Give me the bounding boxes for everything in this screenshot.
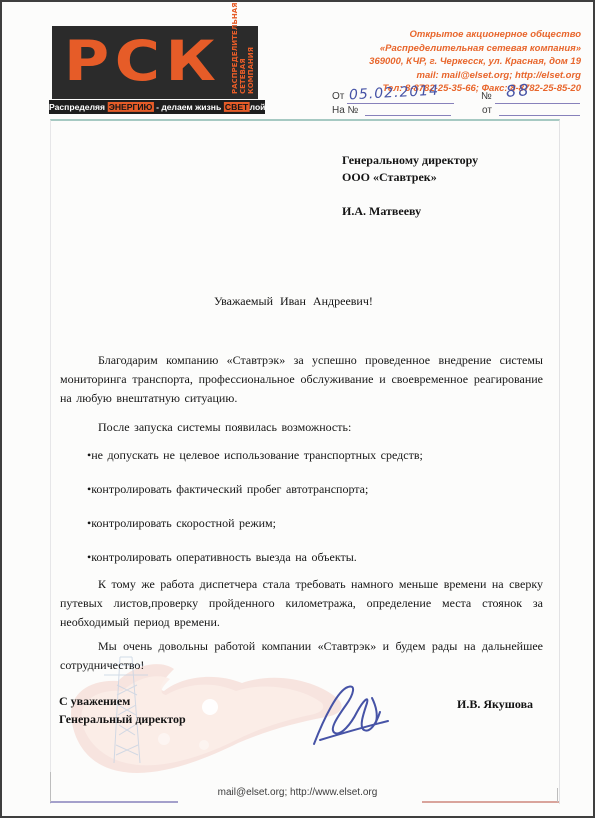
closing-regards: С уважением [59,692,186,710]
body-paragraph: После запуска системы появилась возможно… [60,418,543,437]
letter-body: Благодарим компанию «Ставтрэк» за успешн… [60,351,543,675]
slogan-text: Распределяя [49,102,107,112]
company-info-line: 369000, КЧР, г. Черкесск, ул. Красная, д… [369,55,581,69]
reply-number-underline [365,114,451,116]
body-paragraph: Благодарим компанию «Ставтрэк» за успешн… [60,351,543,408]
number-value-handwritten: 88 [505,80,531,101]
recipient-name: И.А. Матвееву [342,203,478,220]
company-logo: РСК РАСПРЕДЕЛИТЕЛЬНАЯ СЕТЕВАЯ КОМПАНИЯ [52,26,258,99]
logo-vertical-text: РАСПРЕДЕЛИТЕЛЬНАЯ СЕТЕВАЯ КОМПАНИЯ [231,31,255,94]
recipient-title: Генеральному директору [342,152,478,169]
slogan-text: - делаем жизнь [154,102,224,112]
body-paragraph: Мы очень довольны работой компании «Став… [60,637,543,675]
handwritten-signature [302,678,397,758]
bullet-item: •не допускать не целевое использование т… [87,446,543,465]
bullet-item: •контролировать скоростной режим; [87,514,543,533]
from-date-handwritten: 05.02.2014 [349,83,440,104]
logo-vertical-line: СЕТЕВАЯ [239,31,247,94]
company-info-line: Открытое акционерное общество [369,28,581,42]
scanned-letter-page: РСК РАСПРЕДЕЛИТЕЛЬНАЯ СЕТЕВАЯ КОМПАНИЯ Р… [0,0,595,818]
reply-date-underline [499,114,580,116]
bullet-item: •контролировать оперативность выезда на … [87,548,543,567]
company-info-line: mail: mail@elset.org; http://elset.org [369,69,581,83]
footer-email-line: mail@elset.org; http://www.elset.org [2,787,593,798]
from-label: От [332,91,344,102]
salutation: Уважаемый Иван Андреевич! [214,294,373,309]
number-underline [495,102,580,104]
slogan-text: лой ! [250,102,265,112]
logo-acronym: РСК [64,26,222,99]
footer-divider-left [50,801,178,803]
logo-vertical-line: КОМПАНИЯ [247,31,255,94]
slogan-highlight-light: СВЕТ [224,102,250,112]
closing-block: С уважением Генеральный директор [59,692,186,728]
reply-number-label: На № [332,105,358,116]
logo-slogan-bar: Распределяя ЭНЕРГИЮ - делаем жизнь СВЕТл… [49,100,265,114]
number-label: № [481,91,492,102]
reply-date-label: от [482,105,492,116]
signer-name: И.В. Якушова [457,697,533,712]
logo-vertical-line: РАСПРЕДЕЛИТЕЛЬНАЯ [231,31,239,94]
recipient-block: Генеральному директору ООО «Ставтрек» И.… [342,152,478,220]
bullet-item: •контролировать фактический пробег автот… [87,480,543,499]
recipient-company: ООО «Ставтрек» [342,169,478,186]
footer-divider-right [422,801,559,803]
body-paragraph: К тому же работа диспетчера стала требов… [60,575,543,632]
company-info-line: «Распределительная сетевая компания» [369,42,581,56]
closing-position: Генеральный директор [59,710,186,728]
slogan-highlight-energy: ЭНЕРГИЮ [107,102,153,112]
